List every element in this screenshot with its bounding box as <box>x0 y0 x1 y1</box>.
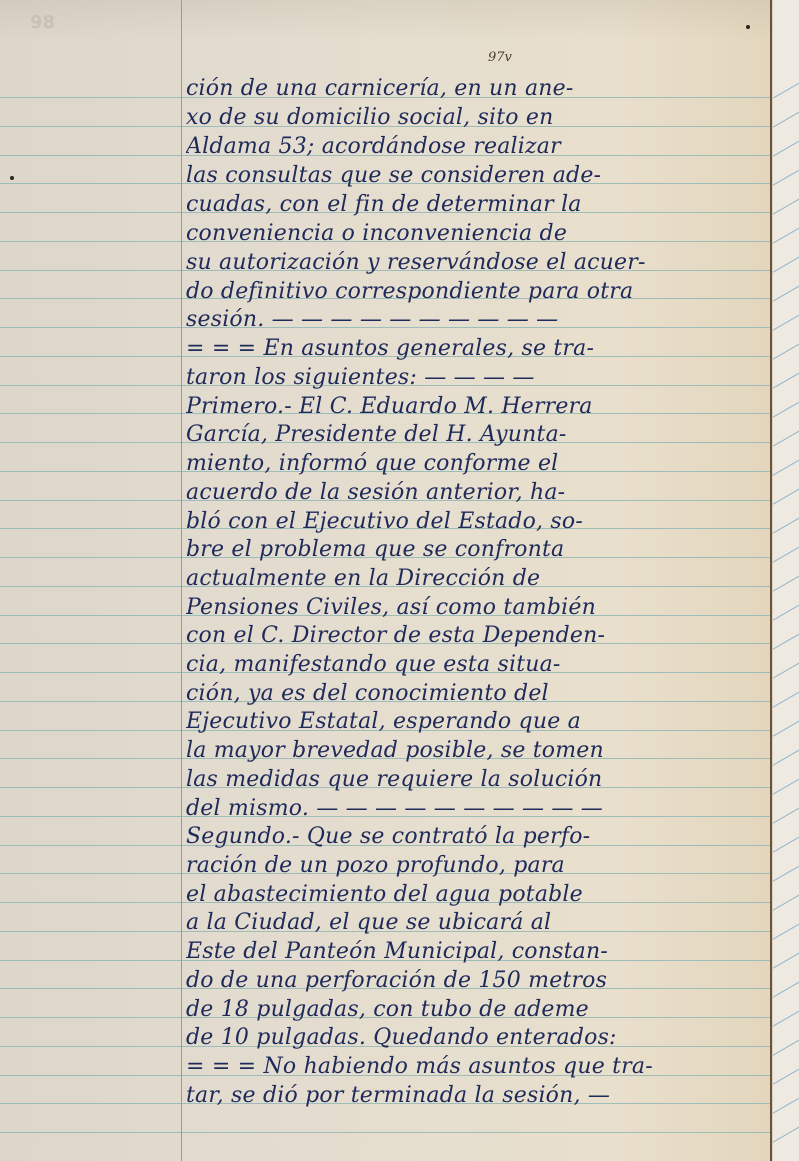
ruled-line <box>773 1008 799 1029</box>
text-line: bre el problema que se confronta <box>186 537 766 563</box>
text-line: do de una perforación de 150 metros <box>186 968 766 994</box>
ruled-line <box>773 544 799 565</box>
ruled-line <box>773 573 799 594</box>
text-line: ción, ya es del conocimiento del <box>186 681 766 707</box>
text-line: taron los siguientes: — — — — <box>186 365 766 391</box>
text-line: do definitivo correspondiente para otra <box>186 279 766 305</box>
text-line: las medidas que requiere la solución <box>186 767 766 793</box>
ruled-line <box>773 283 799 304</box>
ruled-line <box>773 109 799 130</box>
ruled-line <box>773 341 799 362</box>
ruled-line <box>773 805 799 826</box>
text-line: García, Presidente del H. Ayunta- <box>186 422 766 448</box>
ruled-line <box>0 1132 772 1133</box>
text-line: con el C. Director de esta Dependen- <box>186 623 766 649</box>
ruled-line <box>773 689 799 710</box>
ruled-line <box>773 863 799 884</box>
text-line: xo de su domicilio social, sito en <box>186 105 766 131</box>
ruled-line <box>773 979 799 1000</box>
ruled-line <box>773 138 799 159</box>
ruled-line <box>773 486 799 507</box>
text-line: miento, informó que conforme el <box>186 451 766 477</box>
text-line: tar, se dió por terminada la sesión, — <box>186 1083 766 1109</box>
ruled-line <box>773 457 799 478</box>
ruled-line <box>773 1066 799 1087</box>
ruled-line <box>773 312 799 333</box>
ruled-line <box>773 225 799 246</box>
text-line: acuerdo de la sesión anterior, ha- <box>186 480 766 506</box>
text-line: su autorización y reservándose el acuer- <box>186 250 766 276</box>
ruled-line <box>773 776 799 797</box>
ruled-line <box>773 921 799 942</box>
text-line: Primero.- El C. Eduardo M. Herrera <box>186 394 766 420</box>
text-line: el abastecimiento del agua potable <box>186 882 766 908</box>
ruled-line <box>773 892 799 913</box>
text-line: cuadas, con el fin de determinar la <box>186 192 766 218</box>
text-line: Este del Panteón Municipal, constan- <box>186 939 766 965</box>
ghost-page-number: 98 <box>30 12 55 33</box>
ruled-line <box>773 631 799 652</box>
ruled-line <box>773 399 799 420</box>
ruled-line <box>773 718 799 739</box>
ruled-line <box>773 80 799 101</box>
text-line: de 18 pulgadas, con tubo de ademe <box>186 997 766 1023</box>
ruled-line <box>773 1037 799 1058</box>
text-line: del mismo. — — — — — — — — — — <box>186 796 766 822</box>
ruled-line <box>773 370 799 391</box>
adjacent-page-edge <box>773 0 799 1161</box>
text-line: cia, manifestando que esta situa- <box>186 652 766 678</box>
text-line: actualmente en la Dirección de <box>186 566 766 592</box>
text-line: ración de un pozo profundo, para <box>186 853 766 879</box>
ruled-line <box>773 196 799 217</box>
ruled-line <box>773 428 799 449</box>
page-shadow <box>0 0 772 40</box>
text-line: Pensiones Civiles, así como también <box>186 595 766 621</box>
page-edge <box>770 0 772 1161</box>
ruled-line <box>773 660 799 681</box>
ruled-line <box>773 167 799 188</box>
text-line: Ejecutivo Estatal, esperando que a <box>186 709 766 735</box>
text-line: conveniencia o inconveniencia de <box>186 221 766 247</box>
text-line: = = = En asuntos generales, se tra- <box>186 336 766 362</box>
ink-dot <box>10 176 14 180</box>
ruled-line <box>773 747 799 768</box>
ruled-line <box>773 834 799 855</box>
ruled-line <box>773 254 799 275</box>
ruled-line <box>773 602 799 623</box>
text-line: ción de una carnicería, en un ane- <box>186 76 766 102</box>
folio-number: 97v <box>488 50 512 65</box>
ruled-line <box>773 1095 799 1116</box>
ruled-line <box>773 950 799 971</box>
ruled-line <box>773 1124 799 1145</box>
margin-line <box>181 0 182 1161</box>
text-line: bló con el Ejecutivo del Estado, so- <box>186 509 766 535</box>
text-line: las consultas que se consideren ade- <box>186 163 766 189</box>
text-line: de 10 pulgadas. Quedando enterados: <box>186 1025 766 1051</box>
text-line: la mayor brevedad posible, se tomen <box>186 738 766 764</box>
ink-dot <box>746 25 750 29</box>
text-line: sesión. — — — — — — — — — — <box>186 307 766 333</box>
text-line: = = = No habiendo más asuntos que tra- <box>186 1054 766 1080</box>
text-line: Aldama 53; acordándose realizar <box>186 134 766 160</box>
text-line: a la Ciudad, el que se ubicará al <box>186 910 766 936</box>
ruled-line <box>773 515 799 536</box>
text-line: Segundo.- Que se contrató la perfo- <box>186 824 766 850</box>
ledger-page: 98 97v ción de una carnicería, en un ane… <box>0 0 772 1161</box>
